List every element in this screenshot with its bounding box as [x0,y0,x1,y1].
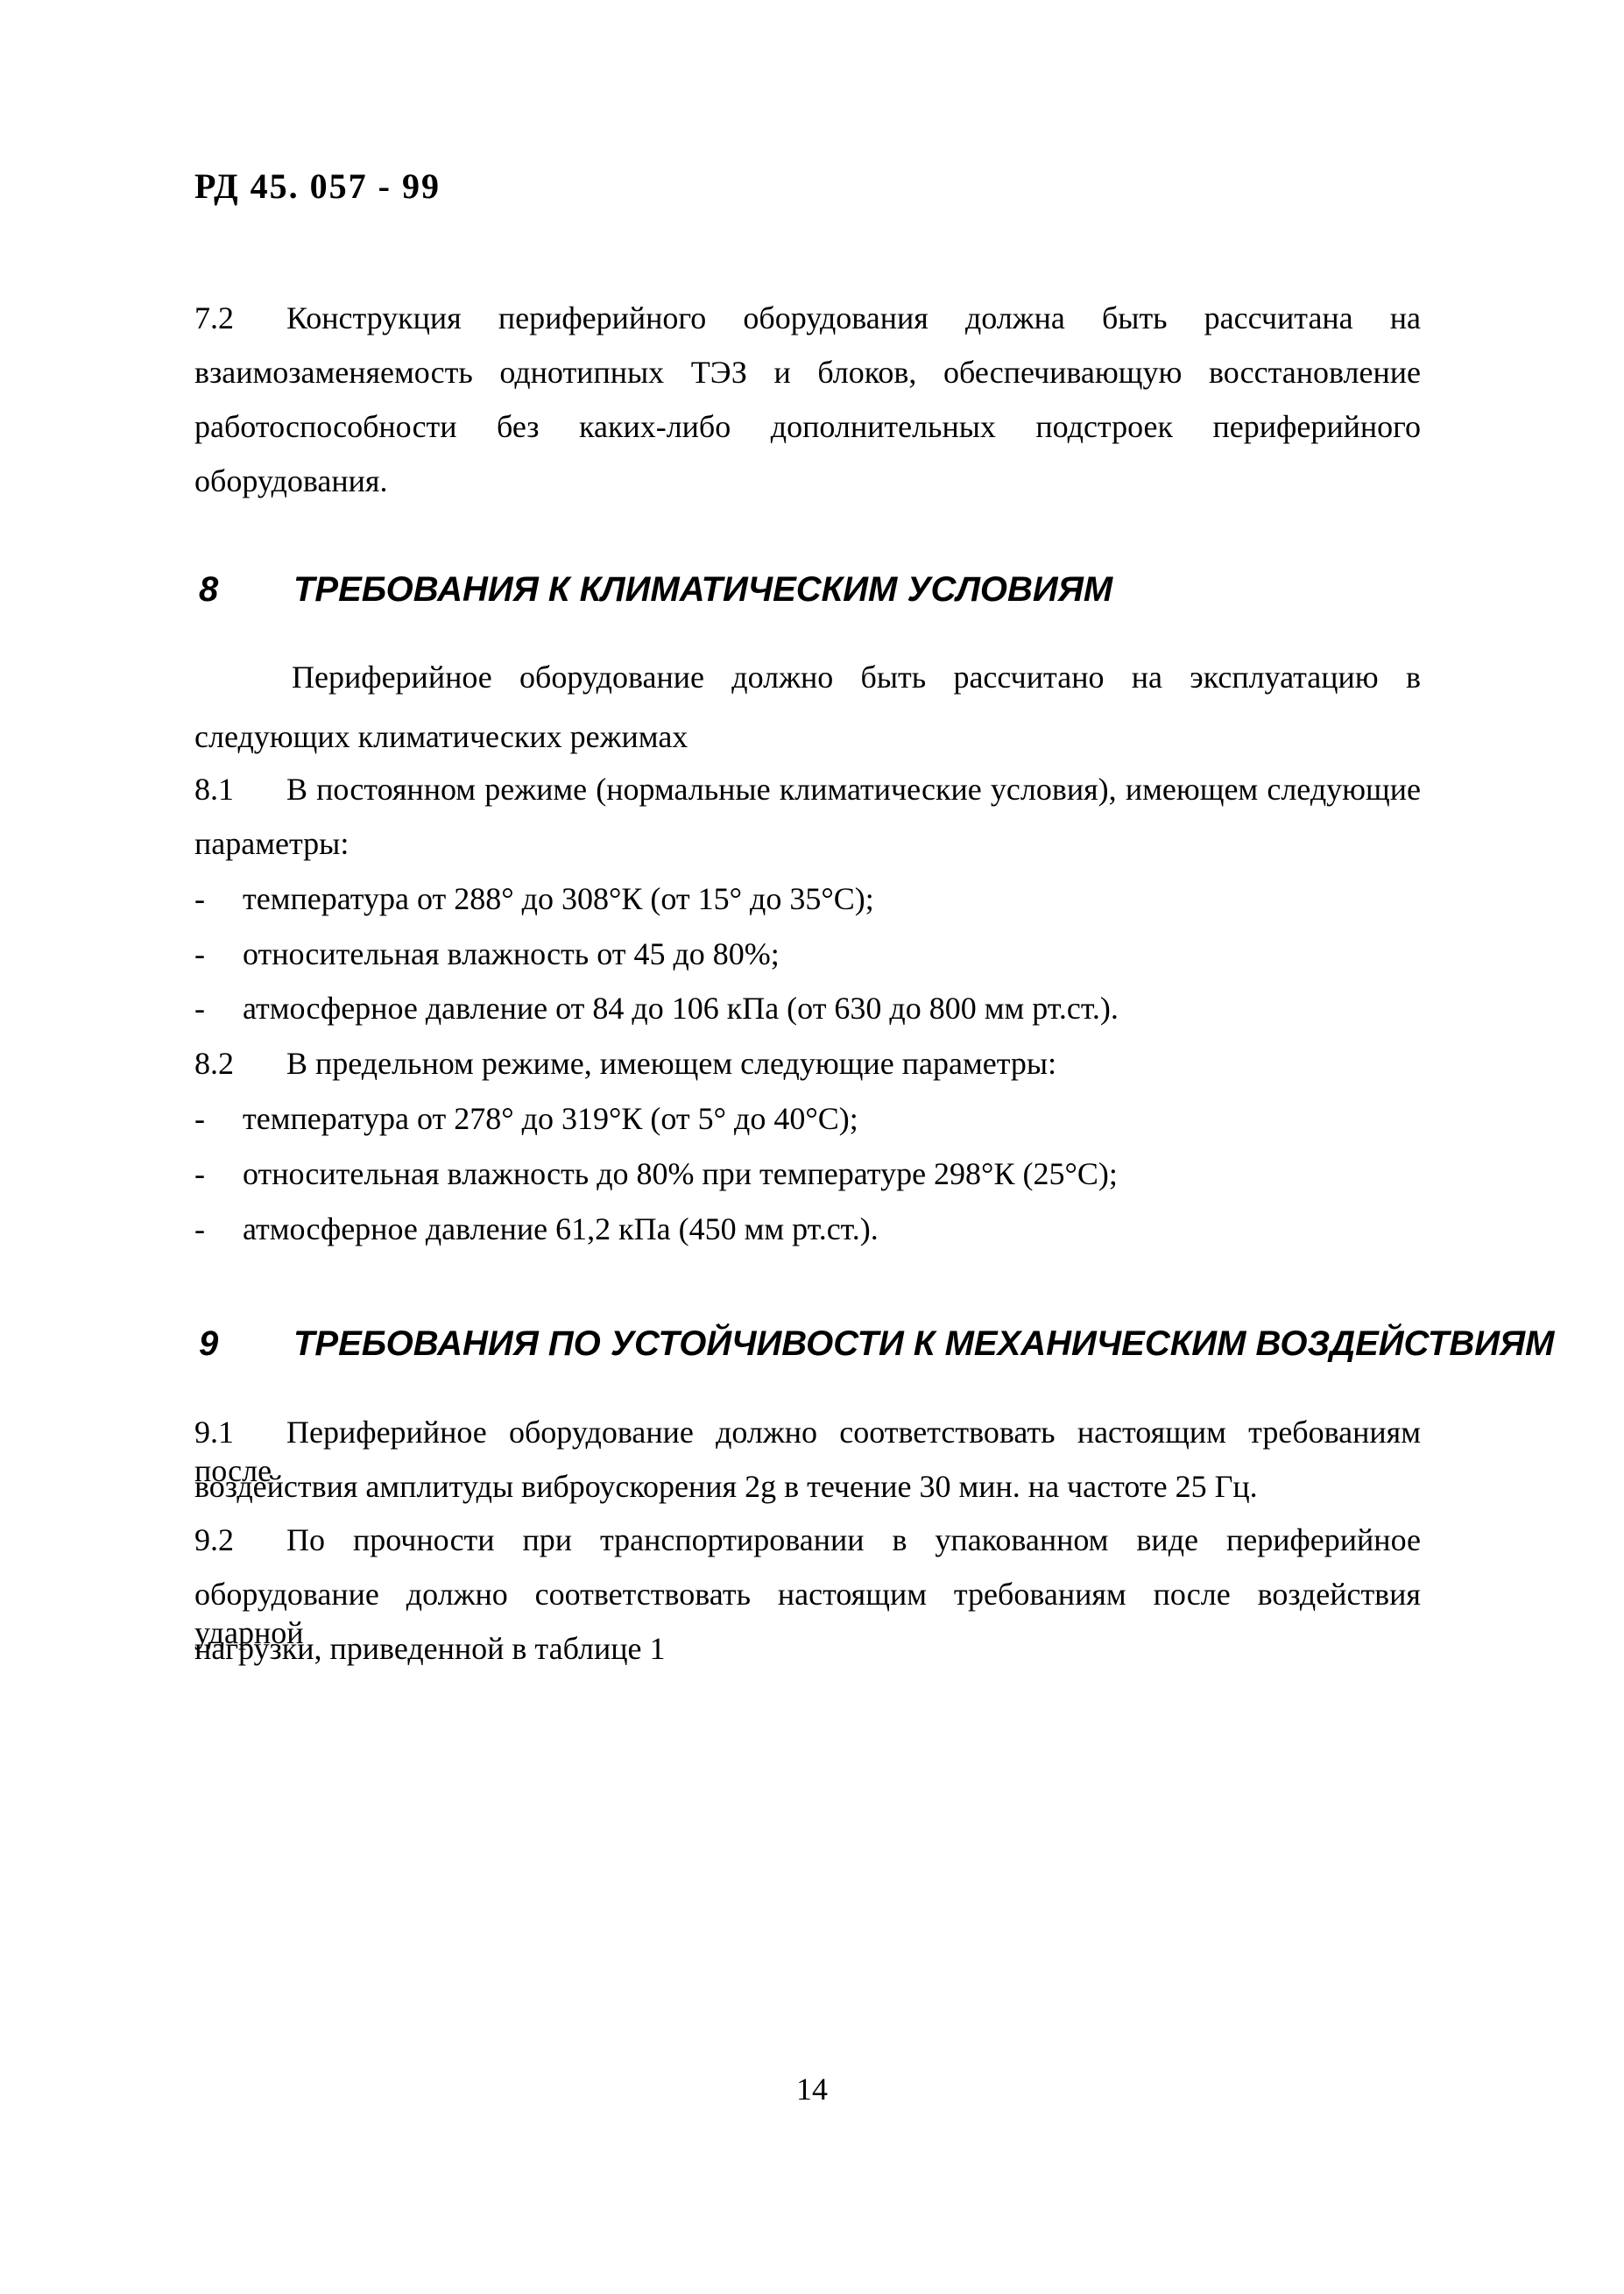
para-8-2-item-1-text: температура от 278° до 319°К (от 5° до 4… [243,1101,858,1136]
section-9-heading: 9ТРЕБОВАНИЯ ПО УСТОЙЧИВОСТИ К МЕХАНИЧЕСК… [199,1323,1425,1365]
para-8-1-text-1: В постоянном режиме (нормальные климатич… [286,772,1421,807]
list-dash-marker: - [194,1154,243,1193]
document-page: РД 45. 057 - 99 7.2Конструкция периферий… [0,0,1624,2294]
para-7-2-line-3: работоспособности без каких-либо дополни… [194,407,1421,446]
section-8-intro-line-2: следующих климатических режимах [194,717,1421,756]
para-9-2-line-3: нагрузки, приведенной в таблице 1 [194,1629,1421,1668]
section-9-number: 9 [199,1323,293,1365]
list-dash-marker: - [194,879,243,918]
section-8-number: 8 [199,568,293,611]
para-8-1-item-1-text: температура от 288° до 308°К (от 15° до … [243,881,874,916]
para-7-2-line-2: взаимозаменяемость однотипных ТЭЗ и блок… [194,353,1421,392]
document-code-header: РД 45. 057 - 99 [194,166,441,207]
para-7-2-number: 7.2 [194,299,286,337]
list-dash-marker: - [194,1099,243,1138]
para-8-2-item-2-text: относительная влажность до 80% при темпе… [243,1156,1118,1191]
list-dash-marker: - [194,935,243,973]
para-8-2-item-3: -атмосферное давление 61,2 кПа (450 мм р… [194,1210,1421,1248]
para-8-2-text-1: В предельном режиме, имеющем следующие п… [286,1046,1056,1081]
para-8-2-item-1: -температура от 278° до 319°К (от 5° до … [194,1099,1421,1138]
para-8-2-number: 8.2 [194,1044,286,1083]
list-dash-marker: - [194,989,243,1027]
section-9-title: ТРЕБОВАНИЯ ПО УСТОЙЧИВОСТИ К МЕХАНИЧЕСКИ… [293,1324,1554,1363]
section-8-title: ТРЕБОВАНИЯ К КЛИМАТИЧЕСКИМ УСЛОВИЯМ [293,570,1112,609]
para-8-1-line-1: 8.1В постоянном режиме (нормальные клима… [194,770,1421,808]
para-8-2-item-2: -относительная влажность до 80% при темп… [194,1154,1421,1193]
para-8-1-item-3-text: атмосферное давление от 84 до 106 кПа (о… [243,991,1119,1026]
section-8-heading: 8ТРЕБОВАНИЯ К КЛИМАТИЧЕСКИМ УСЛОВИЯМ [199,568,1425,611]
para-9-2-line-1: 9.2По прочности при транспортировании в … [194,1521,1421,1559]
para-9-1-line-2: воздействия амплитуды виброускорения 2g … [194,1467,1421,1506]
para-8-1-item-2-text: относительная влажность от 45 до 80%; [243,936,780,971]
para-7-2-line-1: 7.2Конструкция периферийного оборудовани… [194,299,1421,337]
para-8-1-line-2: параметры: [194,824,1421,863]
para-7-2-line-4: оборудования. [194,462,1421,500]
para-9-1-number: 9.1 [194,1413,286,1451]
para-8-1-number: 8.1 [194,770,286,808]
para-9-2-text-1: По прочности при транспортировании в упа… [286,1522,1421,1557]
para-8-1-item-1: -температура от 288° до 308°К (от 15° до… [194,879,1421,918]
para-8-2-line-1: 8.2В предельном режиме, имеющем следующи… [194,1044,1421,1083]
para-7-2-text-1: Конструкция периферийного оборудования д… [286,300,1421,335]
para-8-1-item-3: -атмосферное давление от 84 до 106 кПа (… [194,989,1421,1027]
para-8-2-item-3-text: атмосферное давление 61,2 кПа (450 мм рт… [243,1211,879,1246]
section-8-intro-line-1: Периферийное оборудование должно быть ра… [194,658,1421,696]
page-number: 14 [0,2070,1624,2108]
para-8-1-item-2: -относительная влажность от 45 до 80%; [194,935,1421,973]
para-9-2-number: 9.2 [194,1521,286,1559]
list-dash-marker: - [194,1210,243,1248]
